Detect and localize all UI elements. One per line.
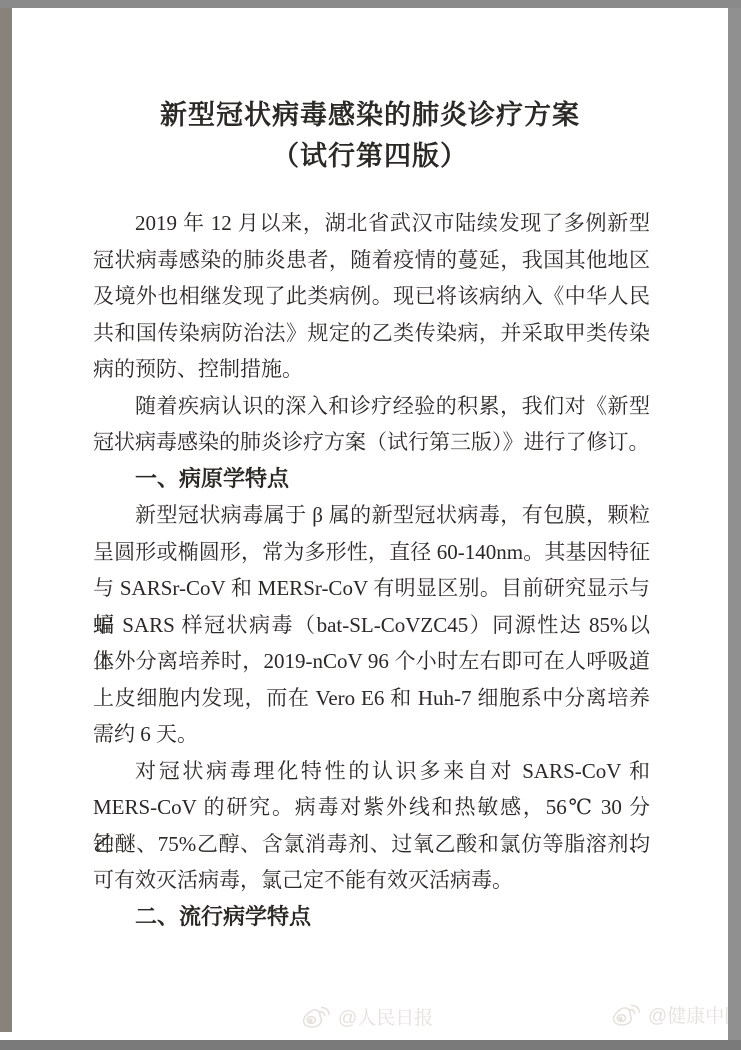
doc-line: 需约 6 天。 (93, 716, 650, 753)
doc-line: 乙醚、75%乙醇、含氯消毒剂、过氧乙酸和氯仿等脂溶剂均 (93, 826, 650, 863)
doc-line: 呈圆形或椭圆形，常为多形性，直径 60-140nm。其基因特征 (93, 534, 650, 571)
weibo-icon (300, 1004, 331, 1030)
watermark-healthy-china: @健康中国 (610, 1001, 741, 1028)
doc-line: 蝠 SARS 样冠状病毒（bat-SL-CoVZC45）同源性达 85%以上。 (93, 607, 650, 644)
doc-line: 上皮细胞内发现，而在 Vero E6 和 Huh-7 细胞系中分离培养 (93, 680, 650, 717)
doc-heading: 一、病原学特点 (93, 461, 650, 498)
weibo-icon (610, 1002, 641, 1028)
photo-frame-right (728, 8, 741, 1040)
document-title-line-2: （试行第四版） (12, 136, 728, 177)
doc-line: 冠状病毒感染的肺炎诊疗方案（试行第三版）》进行了修订。 (93, 424, 650, 461)
doc-line: 可有效灭活病毒，氯己定不能有效灭活病毒。 (93, 862, 650, 899)
doc-line: 2019 年 12 月以来，湖北省武汉市陆续发现了多例新型 (93, 205, 650, 242)
doc-line: 病的预防、控制措施。 (93, 351, 650, 388)
doc-line: 对冠状病毒理化特性的认识多来自对 SARS-CoV 和 (93, 753, 650, 790)
doc-heading: 二、流行病学特点 (93, 899, 650, 936)
doc-line: MERS-CoV 的研究。病毒对紫外线和热敏感，56℃ 30 分钟、 (93, 789, 650, 826)
photo-frame-top (0, 0, 741, 8)
photo-frame-left (0, 8, 12, 1032)
document-title-line-1: 新型冠状病毒感染的肺炎诊疗方案 (12, 95, 728, 136)
watermark-label: @人民日报 (338, 1003, 433, 1030)
document-title: 新型冠状病毒感染的肺炎诊疗方案 （试行第四版） (12, 95, 728, 177)
document-page: 新型冠状病毒感染的肺炎诊疗方案 （试行第四版） 2019 年 12 月以来，湖北… (0, 0, 741, 1050)
doc-line: 随着疾病认识的深入和诊疗经验的积累，我们对《新型 (93, 388, 650, 425)
doc-line: 与 SARSr-CoV 和 MERSr-CoV 有明显区别。目前研究显示与蝙 (93, 570, 650, 607)
watermark-people-daily: @人民日报 (300, 1003, 433, 1030)
photo-frame-bottom-bar (0, 1040, 741, 1050)
doc-line: 共和国传染病防治法》规定的乙类传染病，并采取甲类传染 (93, 315, 650, 352)
doc-line: 及境外也相继发现了此类病例。现已将该病纳入《中华人民 (93, 278, 650, 315)
doc-line: 冠状病毒感染的肺炎患者，随着疫情的蔓延，我国其他地区 (93, 242, 650, 279)
doc-line: 新型冠状病毒属于 β 属的新型冠状病毒，有包膜，颗粒 (93, 497, 650, 534)
document-body: 2019 年 12 月以来，湖北省武汉市陆续发现了多例新型冠状病毒感染的肺炎患者… (93, 205, 650, 935)
doc-line: 体外分离培养时，2019-nCoV 96 个小时左右即可在人呼吸道 (93, 643, 650, 680)
